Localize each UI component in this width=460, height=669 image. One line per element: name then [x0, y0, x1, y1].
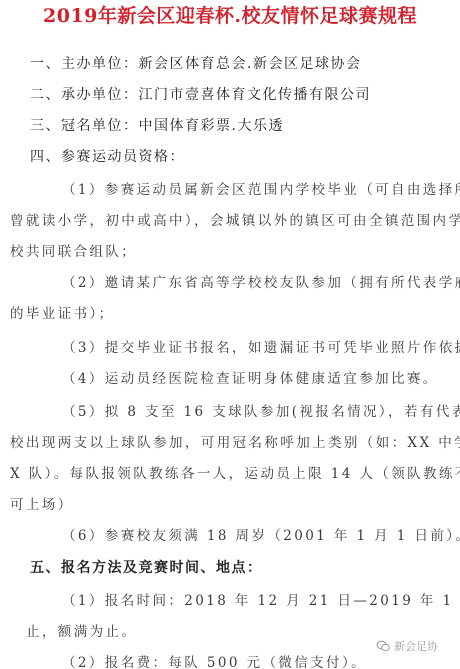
eligibility-line: 的毕业证书）； — [10, 305, 115, 323]
registration-line: （1）报名时间：2018 年 12 月 21 日—2019 年 1 月 5 日截 — [62, 592, 460, 610]
eligibility-line: （6）参赛校友须满 18 周岁（2001 年 1 月 1 日前）。 — [62, 527, 460, 545]
eligibility-line: （5）拟 8 支至 16 支球队参加(视报名情况），若有代表学 — [62, 403, 460, 421]
registration-line: （2）报名费：每队 500 元（微信支付）。 — [62, 654, 367, 669]
eligibility-line: 校共同联合组队； — [10, 243, 137, 261]
section-sponsor: 三、冠名单位：中国体育彩票.大乐透 — [30, 117, 284, 135]
document-page: 2019年新会区迎春杯.校友情怀足球赛规程 一、主办单位：新会区体育总会.新会区… — [0, 0, 460, 669]
watermark: 新会足协 — [376, 638, 438, 654]
section-registration-heading: 五、报名方法及竞赛时间、地点： — [30, 559, 263, 577]
watermark-text: 新会足协 — [394, 638, 438, 654]
eligibility-line: 可上场） — [10, 496, 74, 514]
eligibility-line: （4）运动员经医院检查证明身体健康适宜参加比赛。 — [62, 370, 439, 388]
wechat-icon — [376, 640, 390, 652]
document-title: 2019年新会区迎春杯.校友情怀足球赛规程 — [0, 4, 460, 28]
section-host: 二、承办单位：江门市壹喜体育文化传播有限公司 — [30, 86, 371, 104]
eligibility-line: （2）邀请某广东省高等学校校友队参加（拥有所代表学府 — [62, 274, 460, 292]
eligibility-line: 校出现两支以上球队参加，可用冠名称呼加上类别（如：XX 中学 X — [10, 434, 460, 452]
eligibility-line: （3）提交毕业证书报名，如遗漏证书可凭毕业照片作依据； — [62, 339, 460, 357]
eligibility-line: X 队）。每队报领队教练各一人，运动员上限 14 人（领队教练不 — [10, 465, 460, 483]
section-organizer: 一、主办单位：新会区体育总会.新会区足球协会 — [30, 55, 361, 73]
registration-line: 止，额满为止。 — [26, 623, 137, 641]
section-eligibility-heading: 四、参赛运动员资格： — [30, 148, 185, 166]
eligibility-line: 曾就读小学，初中或高中），会城镇以外的镇区可由全镇范围内学 — [10, 212, 460, 230]
eligibility-line: （1）参赛运动员属新会区范围内学校毕业（可自由选择所 — [62, 181, 460, 199]
